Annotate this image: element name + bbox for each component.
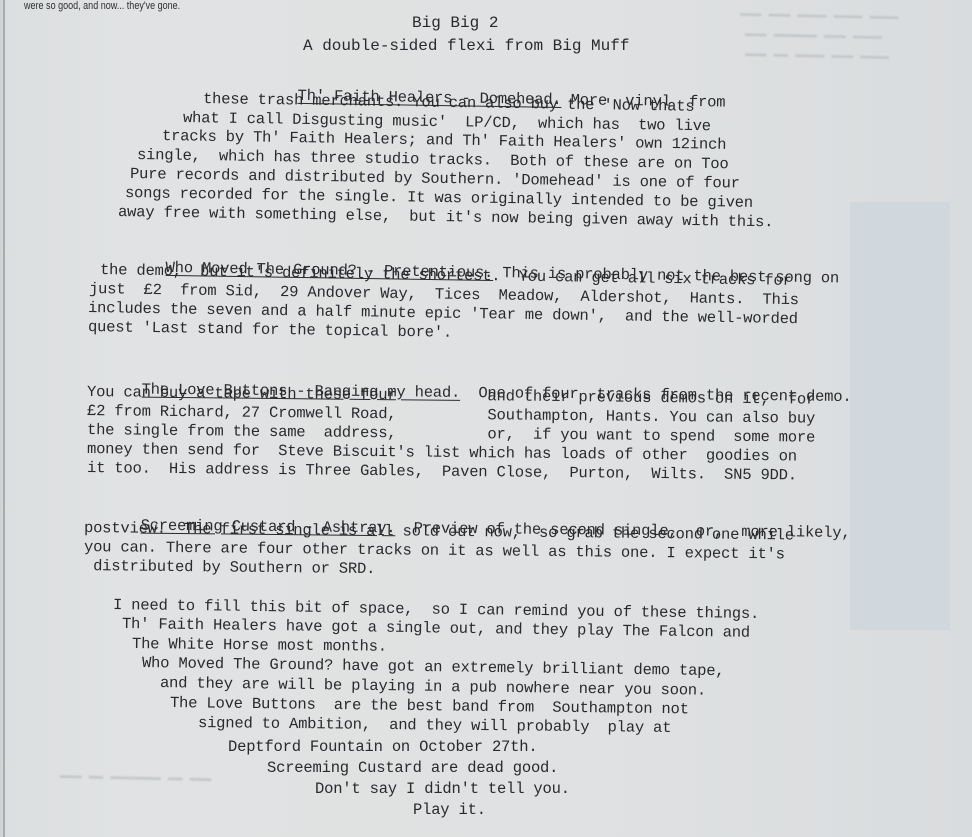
bleed-through-text: ▬▬▬ ▬▬ ▬▬▬▬ ▬▬▬ ▬▬▬▬ — [745, 46, 889, 63]
background-tint-patch — [850, 202, 950, 630]
top-note: were so good, and now... they've gone. — [24, 0, 180, 12]
bleed-through-text: ▬▬▬ ▬▬ ▬▬▬▬▬▬▬ ▬▬ ▬▬▬ — [60, 768, 211, 785]
bleed-through-text: ▬▬▬ ▬▬▬ ▬▬▬▬ ▬▬▬▬ ▬▬▬▬ — [740, 6, 899, 23]
review-text: quest 'Last stand for the topical bore'. — [88, 320, 452, 341]
page-subtitle: A double-sided flexi from Big Muff — [303, 37, 629, 55]
page-title: Big Big 2 — [412, 14, 498, 32]
closing-line: Play it. — [413, 803, 486, 819]
closing-line: The White Horse most months. — [132, 637, 387, 655]
page-edge-shadow — [3, 0, 5, 837]
closing-line: Deptford Fountain on October 27th. — [228, 740, 537, 756]
closing-line: signed to Ambition, and they will probab… — [198, 716, 671, 736]
closing-line: Screeming Custard are dead good. — [267, 761, 558, 777]
scanned-page: ▬▬▬ ▬▬▬ ▬▬▬▬ ▬▬▬▬ ▬▬▬▬ ▬▬▬ ▬▬▬▬▬▬ ▬▬▬ ▬▬… — [0, 0, 972, 837]
review-text: it too. His address is Three Gables, Pav… — [87, 461, 797, 484]
closing-line: Don't say I didn't tell you. — [315, 782, 570, 798]
bleed-through-text: ▬▬▬ ▬▬▬▬▬▬ ▬▬▬ ▬▬▬▬ — [745, 27, 882, 44]
review-text: distributed by Southern or SRD. — [84, 559, 375, 578]
